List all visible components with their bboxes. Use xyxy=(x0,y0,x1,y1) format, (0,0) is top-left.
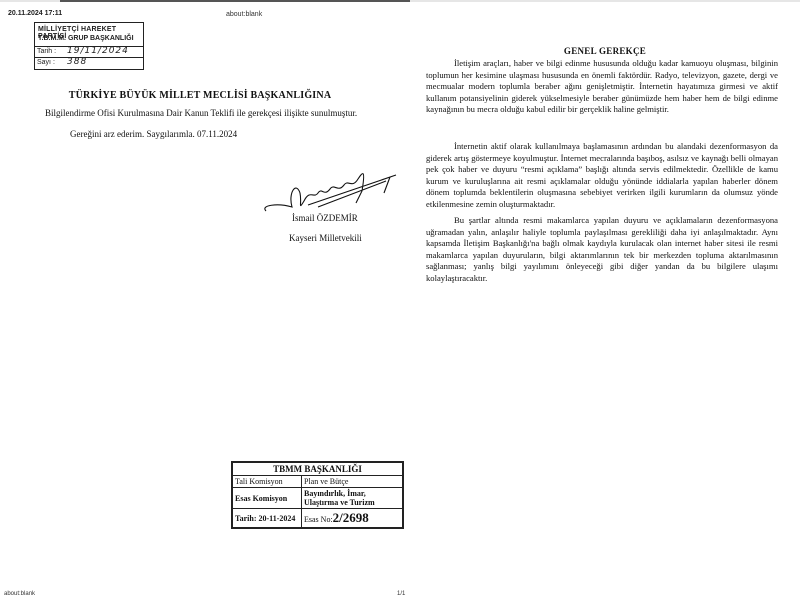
justification-paragraph: İnternetin aktif olarak kullanılmaya baş… xyxy=(426,141,778,211)
cover-letter-body: Bilgilendirme Ofisi Kurulmasına Dair Kan… xyxy=(45,108,357,118)
stamp-date-value: 19/11/2024 xyxy=(67,46,129,56)
stamp-group-name: T.B.M.M. GRUP BAŞKANLIĞI xyxy=(38,35,134,42)
registry-row: Tali Komisyon Plan ve Bütçe xyxy=(233,476,403,488)
party-stamp: MİLLİYETÇİ HAREKET PARTİSİ T.B.M.M. GRUP… xyxy=(34,22,144,70)
registry-box: TBMM BAŞKANLIĞI Tali Komisyon Plan ve Bü… xyxy=(231,461,404,529)
registry-label: Tali Komisyon xyxy=(233,476,302,488)
registry-label: Esas Komisyon xyxy=(233,488,302,509)
cover-letter-closing: Gereğini arz ederim. Saygılarımla. 07.11… xyxy=(70,129,237,139)
stamp-number-label: Sayı : xyxy=(37,59,55,66)
stamp-number-value: 388 xyxy=(67,57,87,67)
registry-date: Tarih: 20-11-2024 xyxy=(233,509,302,528)
registry-table: TBMM BAŞKANLIĞI Tali Komisyon Plan ve Bü… xyxy=(232,462,403,528)
scan-edge-shadow xyxy=(60,0,410,2)
registry-row: Tarih: 20-11-2024 Esas No:2/2698 xyxy=(233,509,403,528)
registry-value: Plan ve Bütçe xyxy=(302,476,403,488)
print-page-title: about:blank xyxy=(226,11,262,18)
addressee-heading: TÜRKİYE BÜYÜK MİLLET MECLİSİ BAŞKANLIĞIN… xyxy=(0,90,400,101)
registry-esas: Esas No:2/2698 xyxy=(302,509,403,528)
scan-top-edge xyxy=(0,0,800,2)
registry-title: TBMM BAŞKANLIĞI xyxy=(233,463,403,476)
justification-title: GENEL GEREKÇE xyxy=(410,46,800,56)
registry-value: Bayındırlık, İmar, Ulaştırma ve Turizm xyxy=(302,488,403,509)
print-footer-url: about:blank xyxy=(4,591,35,597)
justification-paragraph: İletişim araçları, haber ve bilgi edinme… xyxy=(426,58,778,116)
signer-name: İsmail ÖZDEMİR xyxy=(292,213,358,223)
print-page-indicator: 1/1 xyxy=(397,591,405,597)
justification-paragraph: Bu şartlar altında resmi makamlarca yapı… xyxy=(426,215,778,285)
stamp-number-row: Sayı : 388 xyxy=(35,57,143,69)
registry-row: Esas Komisyon Bayındırlık, İmar, Ulaştır… xyxy=(233,488,403,509)
stamp-date-label: Tarih : xyxy=(37,48,56,55)
esas-number: 2/2698 xyxy=(333,510,369,525)
print-datetime: 20.11.2024 17:11 xyxy=(8,10,62,17)
signer-title: Kayseri Milletvekili xyxy=(289,233,362,243)
esas-label: Esas No: xyxy=(304,515,333,524)
